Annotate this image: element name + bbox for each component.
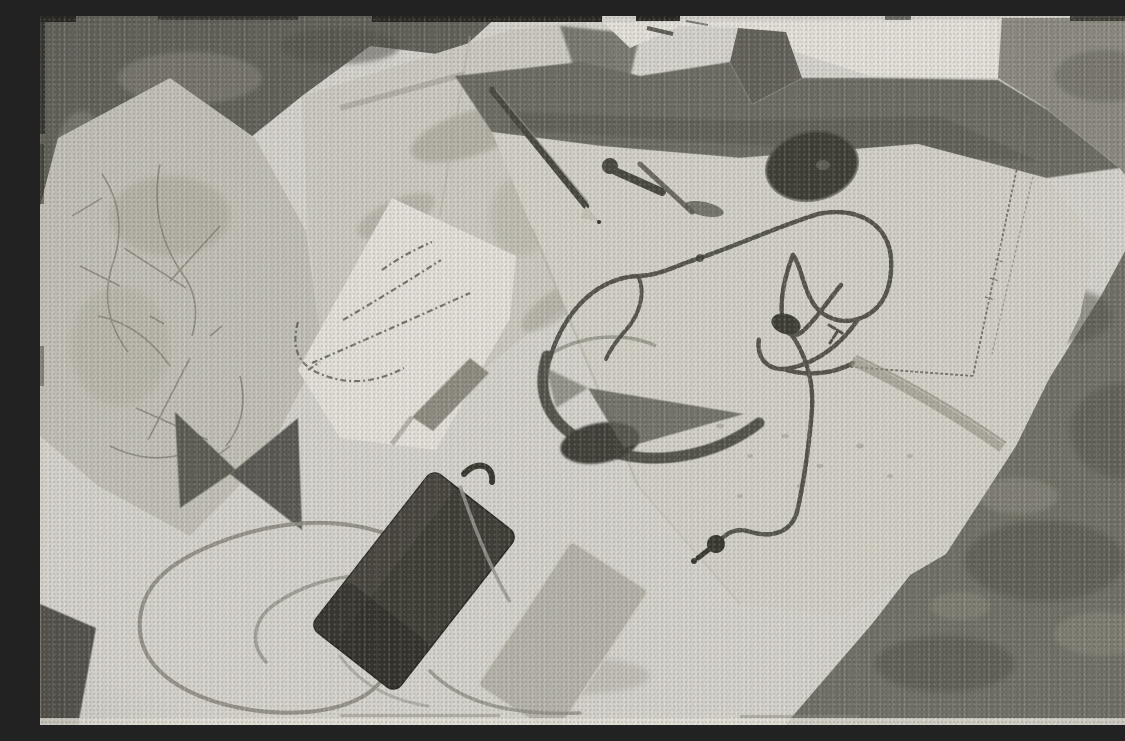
detail-stroke <box>816 160 830 170</box>
detail-stroke <box>158 16 298 20</box>
detail-stroke <box>372 16 602 22</box>
photo-canvas <box>40 16 1125 725</box>
detail-stroke <box>965 521 1125 601</box>
detail-stroke <box>340 714 500 717</box>
detail-stroke <box>70 286 170 406</box>
cord-node <box>696 254 704 262</box>
detail-stroke <box>781 434 789 438</box>
detail-stroke <box>110 176 230 256</box>
plug-point <box>691 558 697 564</box>
detail-stroke <box>40 16 45 134</box>
detail-stroke <box>280 28 400 64</box>
detail-stroke <box>887 474 893 478</box>
detail-stroke <box>740 715 860 718</box>
detail-stroke <box>40 144 44 204</box>
detail-stroke <box>716 424 724 429</box>
detail-stroke <box>40 346 44 386</box>
detail-stroke <box>40 16 76 22</box>
photograph <box>40 16 1125 725</box>
pencil-point <box>597 220 601 224</box>
detail-stroke <box>875 636 1015 692</box>
detail-stroke <box>737 494 743 498</box>
detail-stroke <box>856 444 864 449</box>
detail-stroke <box>40 718 1125 725</box>
detail-stroke <box>636 16 680 21</box>
detail-stroke <box>885 16 911 20</box>
detail-stroke <box>930 592 990 620</box>
detail-stroke <box>1070 16 1125 21</box>
detail-stroke <box>817 464 824 468</box>
detail-stroke <box>907 454 913 458</box>
detail-stroke <box>747 454 753 458</box>
